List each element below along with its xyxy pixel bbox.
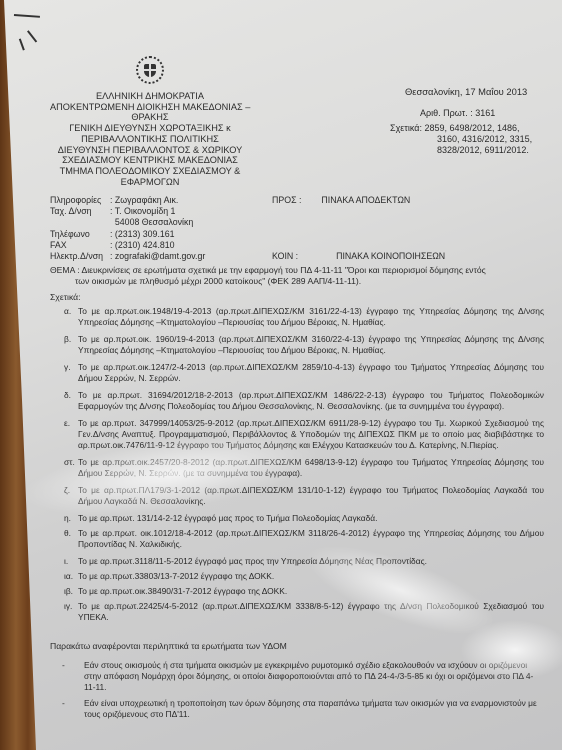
reference-text: Το με αρ.πρωτ.ΠΛ179/3-1-2012 (αρ.πρωτ.ΔΙ… [78, 485, 544, 507]
greek-coat-of-arms-icon [136, 56, 164, 84]
reference-item: ε.Το με αρ.πρωτ. 347999/14053/25-9-2012 … [64, 418, 544, 451]
reference-item: στ.Το με αρ.πρωτ.οικ.2457/20-8-2012 (αρ.… [64, 457, 544, 479]
reference-text: Το με αρ.πρωτ.33803/13-7-2012 έγγραφο τη… [78, 571, 544, 582]
reference-marker: δ. [64, 390, 78, 412]
reference-text: Το με αρ.πρωτ.οικ.38490/31-7-2012 έγγραφ… [78, 586, 544, 597]
cc-value: ΠΙΝΑΚΑ ΚΟΙΝΟΠΟΙΗΣΕΩΝ [336, 251, 445, 261]
to-value: ΠΙΝΑΚΑ ΑΠΟΔΕΚΤΩΝ [321, 195, 410, 205]
reference-item: α.Το με αρ.πρωτ.οικ.1948/19-4-2013 (αρ.π… [64, 306, 544, 328]
related-line: 8328/2012, 6911/2012. [390, 145, 532, 156]
contact-value: : (2310) 424.810 [110, 240, 175, 251]
references-label: Σχετικά: [50, 292, 81, 302]
related-line: 3160, 4316/2012, 3315, [390, 134, 532, 145]
reference-marker: ζ. [64, 485, 78, 507]
contact-row: Ηλεκτρ.Δ/νση: zografaki@damt.gov.gr [50, 251, 205, 262]
related-numbers: Σχετικά: 2859, 6498/2012, 1486, 3160, 43… [390, 123, 532, 156]
letterhead-line: ΓΕΝΙΚΗ ΔΙΕΥΘΥΝΣΗ ΧΩΡΟΤΑΞΙΚΗΣ κ [50, 123, 250, 134]
reference-text: Το με αρ.πρωτ.οικ.1948/19-4-2013 (αρ.πρω… [78, 306, 544, 328]
related-label: Σχετικά: [390, 123, 422, 133]
reference-item: ιγ.Το με αρ.πρωτ.22425/4-5-2012 (αρ.πρωτ… [64, 601, 544, 623]
recipients-to: ΠΡΟΣ : ΠΙΝΑΚΑ ΑΠΟΔΕΚΤΩΝ [272, 195, 410, 205]
contact-label: Τηλέφωνο [50, 229, 110, 240]
question-marker: - [62, 660, 84, 693]
contact-value: : Τ. Οικονομίδη 1 [110, 206, 175, 217]
reference-text: Το με αρ.πρωτ.22425/4-5-2012 (αρ.πρωτ.ΔΙ… [78, 601, 544, 623]
contact-label: FAX [50, 240, 110, 251]
reference-marker: γ. [64, 362, 78, 384]
reference-marker: θ. [64, 528, 78, 550]
pen-mark [14, 14, 40, 17]
reference-item: θ.Το με αρ.πρωτ. οικ.1012/18-4-2012 (αρ.… [64, 528, 544, 550]
pen-mark [27, 30, 37, 42]
protocol-number: Αριθ. Πρωτ. : 3161 [420, 108, 495, 118]
reference-text: Το με αρ.πρωτ. 347999/14053/25-9-2012 (α… [78, 418, 544, 451]
reference-item: ιβ.Το με αρ.πρωτ.οικ.38490/31-7-2012 έγγ… [64, 586, 544, 597]
contact-email: : zografaki@damt.gov.gr [110, 251, 205, 262]
letterhead-line: ΕΛΛΗΝΙΚΗ ΔΗΜΟΚΡΑΤΙΑ [50, 91, 250, 102]
cc-label: ΚΟΙΝ : [272, 251, 298, 261]
question-item: -Εάν είναι υποχρεωτική η τροποποίηση των… [62, 698, 542, 720]
reference-marker: ιβ. [64, 586, 78, 597]
reference-marker: ι. [64, 556, 78, 567]
question-marker: - [62, 698, 84, 720]
contact-value: : Ζωγραφάκη Αικ. [110, 195, 178, 206]
letterhead-line: ΤΜΗΜΑ ΠΟΛΕΟΔΟΜΙΚΟΥ ΣΧΕΔΙΑΣΜΟΥ & [50, 166, 250, 177]
reference-text: Το με αρ.πρωτ.οικ.2457/20-8-2012 (αρ.πρω… [78, 457, 544, 479]
document-date: Θεσσαλονίκη, 17 Μαΐου 2013 [405, 86, 527, 97]
contact-block: Πληροφορίες: Ζωγραφάκη Αικ. Ταχ. Δ/νση: … [50, 195, 205, 262]
questions-intro: Παρακάτω αναφέρονται περιληπτικά τα ερωτ… [50, 641, 287, 651]
contact-label: Πληροφορίες [50, 195, 110, 206]
reference-text: Το με αρ.πρωτ. 131/14-2-12 έγγραφό μας π… [78, 513, 544, 524]
recipients-cc: ΚΟΙΝ : ΠΙΝΑΚΑ ΚΟΙΝΟΠΟΙΗΣΕΩΝ [272, 251, 445, 261]
questions-list: -Εάν στους οικισμούς ή στα τμήματα οικισ… [62, 660, 542, 725]
contact-row: 54008 Θεσσαλονίκη [50, 217, 205, 228]
reference-item: ζ.Το με αρ.πρωτ.ΠΛ179/3-1-2012 (αρ.πρωτ.… [64, 485, 544, 507]
reference-item: ι.Το με αρ.πρωτ.3118/11-5-2012 έγγραφό μ… [64, 556, 544, 567]
contact-label: Ταχ. Δ/νση [50, 206, 110, 217]
reference-text: Το με αρ.πρωτ.οικ. 1960/19-4-2013 (αρ.πρ… [78, 334, 544, 356]
contact-row: FAX: (2310) 424.810 [50, 240, 205, 251]
reference-marker: στ. [64, 457, 78, 479]
reference-text: Το με αρ.πρωτ. οικ.1012/18-4-2012 (αρ.πρ… [78, 528, 544, 550]
reference-item: β.Το με αρ.πρωτ.οικ. 1960/19-4-2013 (αρ.… [64, 334, 544, 356]
reference-marker: η. [64, 513, 78, 524]
reference-text: Το με αρ.πρωτ.οικ.1247/2-4-2013 (αρ.πρωτ… [78, 362, 544, 384]
reference-text: Το με αρ.πρωτ.3118/11-5-2012 έγγραφό μας… [78, 556, 544, 567]
letterhead: ΕΛΛΗΝΙΚΗ ΔΗΜΟΚΡΑΤΙΑ ΑΠΟΚΕΝΤΡΩΜΕΝΗ ΔΙΟΙΚΗ… [50, 91, 250, 187]
pen-mark [19, 38, 25, 50]
letterhead-line: ΕΦΑΡΜΟΓΩΝ [50, 177, 250, 188]
contact-row: Ταχ. Δ/νση: Τ. Οικονομίδη 1 [50, 206, 205, 217]
reference-item: ια.Το με αρ.πρωτ.33803/13-7-2012 έγγραφο… [64, 571, 544, 582]
contact-label [50, 217, 110, 228]
contact-value: : (2313) 309.161 [110, 229, 175, 240]
subject: ΘΕΜΑ : Διευκρινίσεις σε ερωτήματα σχετικ… [50, 265, 550, 287]
reference-marker: ε. [64, 418, 78, 451]
related-line: 2859, 6498/2012, 1486, [424, 123, 519, 133]
question-text: Εάν στους οικισμούς ή στα τμήματα οικισμ… [84, 660, 542, 693]
reference-item: γ.Το με αρ.πρωτ.οικ.1247/2-4-2013 (αρ.πρ… [64, 362, 544, 384]
contact-value: 54008 Θεσσαλονίκη [110, 217, 193, 228]
contact-label: Ηλεκτρ.Δ/νση [50, 251, 110, 262]
reference-item: η.Το με αρ.πρωτ. 131/14-2-12 έγγραφό μας… [64, 513, 544, 524]
to-label: ΠΡΟΣ : [272, 195, 301, 205]
contact-row: Πληροφορίες: Ζωγραφάκη Αικ. [50, 195, 205, 206]
letterhead-line: ΘΡΑΚΗΣ [50, 112, 250, 123]
subject-line: ΘΕΜΑ : Διευκρινίσεις σε ερωτήματα σχετικ… [50, 265, 550, 276]
letterhead-line: ΔΙΕΥΘΥΝΣΗ ΠΕΡΙΒΑΛΛΟΝΤΟΣ & ΧΩΡΙΚΟΥ [50, 145, 250, 156]
reference-marker: ιγ. [64, 601, 78, 623]
contact-row: Τηλέφωνο: (2313) 309.161 [50, 229, 205, 240]
reference-text: Το με αρ.πρωτ. 31694/2012/18-2-2013 (αρ.… [78, 390, 544, 412]
letterhead-line: ΠΕΡΙΒΑΛΛΟΝΤΙΚΗΣ ΠΟΛΙΤΙΚΗΣ [50, 134, 250, 145]
subject-line: των οικισμών με πληθυσμό μέχρι 2000 κατο… [50, 276, 550, 287]
document-page: ΕΛΛΗΝΙΚΗ ΔΗΜΟΚΡΑΤΙΑ ΑΠΟΚΕΝΤΡΩΜΕΝΗ ΔΙΟΙΚΗ… [0, 0, 562, 750]
letterhead-line: ΑΠΟΚΕΝΤΡΩΜΕΝΗ ΔΙΟΙΚΗΣΗ ΜΑΚΕΔΟΝΙΑΣ – [50, 102, 250, 113]
reference-marker: β. [64, 334, 78, 356]
reference-marker: ια. [64, 571, 78, 582]
letterhead-line: ΣΧΕΔΙΑΣΜΟΥ ΚΕΝΤΡΙΚΗΣ ΜΑΚΕΔΟΝΙΑΣ [50, 155, 250, 166]
references-list: α.Το με αρ.πρωτ.οικ.1948/19-4-2013 (αρ.π… [64, 306, 544, 629]
reference-marker: α. [64, 306, 78, 328]
question-item: -Εάν στους οικισμούς ή στα τμήματα οικισ… [62, 660, 542, 693]
question-text: Εάν είναι υποχρεωτική η τροποποίηση των … [84, 698, 542, 720]
reference-item: δ.Το με αρ.πρωτ. 31694/2012/18-2-2013 (α… [64, 390, 544, 412]
